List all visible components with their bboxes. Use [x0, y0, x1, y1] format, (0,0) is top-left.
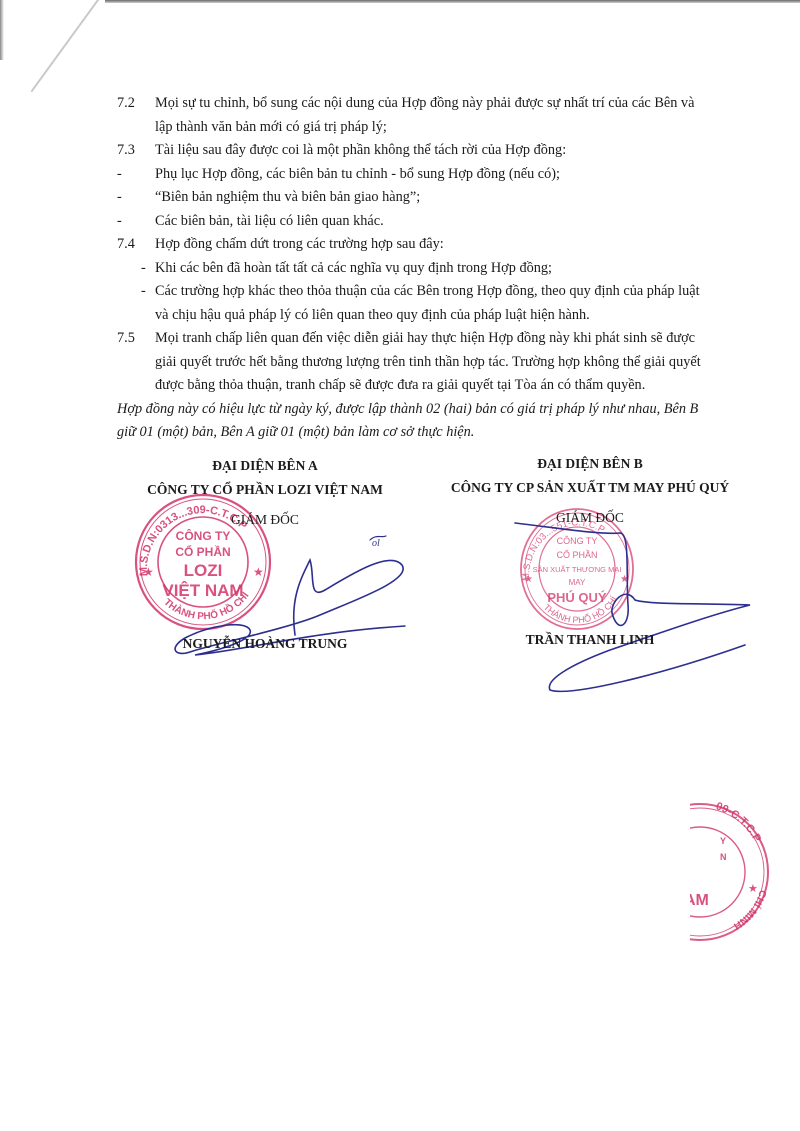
- clause-7-3-item: - Phụ lục Hợp đồng, các biên bản tu chỉn…: [117, 163, 717, 187]
- clause-text: Tài liệu sau đây được coi là một phần kh…: [155, 142, 566, 158]
- scan-edge: [105, 0, 800, 3]
- clause-7-5: 7.5 Mọi tranh chấp liên quan đến việc di…: [117, 327, 717, 351]
- party-b-heading: ĐẠI DIỆN BÊN B: [420, 456, 760, 472]
- clause-7-2: 7.2 Mọi sự tu chỉnh, bổ sung các nội dun…: [117, 92, 717, 116]
- contract-body: 7.2 Mọi sự tu chỉnh, bổ sung các nội dun…: [117, 92, 717, 445]
- party-b-company: CÔNG TY CP SẢN XUẤT TM MAY PHÚ QUÝ: [420, 480, 760, 496]
- clause-number: 7.5: [117, 327, 135, 351]
- clause-7-5-continued: giải quyết trước hết bằng thương lượng t…: [117, 351, 717, 375]
- closing-statement: giữ 01 (một) bản, Bên A giữ 01 (một) bản…: [117, 421, 717, 445]
- clause-7-4: 7.4 Hợp đồng chấm dứt trong các trường h…: [117, 233, 717, 257]
- bullet-dash: -: [117, 163, 122, 187]
- party-a-signatory-name: NGUYỄN HOÀNG TRUNG: [120, 636, 410, 652]
- initials: ol: [372, 538, 380, 549]
- clause-7-3: 7.3 Tài liệu sau đây được coi là một phầ…: [117, 139, 717, 163]
- item-text: Phụ lục Hợp đồng, các biên bản tu chỉnh …: [155, 166, 560, 182]
- partial-seal: 09-C.T.C.P CHÍ MINH ★ Y N AM: [690, 800, 800, 945]
- closing-statement: Hợp đồng này có hiệu lực từ ngày ký, đượ…: [117, 398, 717, 422]
- clause-number: 7.3: [117, 139, 135, 163]
- party-a-company: CÔNG TY CỔ PHẦN LOZI VIỆT NAM: [120, 482, 410, 498]
- svg-text:AM: AM: [690, 892, 709, 909]
- clause-7-2-continued: lập thành văn bản mới có giá trị pháp lý…: [117, 116, 717, 140]
- party-b-title: GIÁM ĐỐC: [420, 510, 760, 526]
- scan-corner-shadow: [0, 0, 4, 60]
- svg-text:Y: Y: [720, 836, 726, 846]
- svg-text:N: N: [720, 852, 727, 862]
- clause-text: Mọi sự tu chỉnh, bổ sung các nội dung củ…: [155, 95, 694, 111]
- clause-7-4-item: - Các trường hợp khác theo thỏa thuận củ…: [117, 280, 717, 304]
- clause-text: giải quyết trước hết bằng thương lượng t…: [155, 354, 701, 370]
- page-fold: [31, 0, 106, 92]
- item-text: Các trường hợp khác theo thỏa thuận của …: [155, 283, 700, 299]
- star-icon: ★: [748, 883, 758, 895]
- item-text: và chịu hậu quả pháp lý có liên quan the…: [155, 307, 590, 323]
- clause-text: lập thành văn bản mới có giá trị pháp lý…: [155, 119, 387, 135]
- bullet-dash: -: [141, 280, 146, 304]
- party-a-title: GIÁM ĐỐC: [120, 512, 410, 528]
- clause-number: 7.2: [117, 92, 135, 116]
- clause-text: Mọi tranh chấp liên quan đến việc diễn g…: [155, 330, 695, 346]
- item-text: Khi các bên đã hoàn tất tất cả các nghĩa…: [155, 260, 552, 276]
- clause-7-3-item: - Các biên bản, tài liệu có liên quan kh…: [117, 210, 717, 234]
- item-text: Các biên bản, tài liệu có liên quan khác…: [155, 213, 384, 229]
- item-text: “Biên bản nghiệm thu và biên bản giao hà…: [155, 189, 420, 205]
- clause-7-4-item-continued: và chịu hậu quả pháp lý có liên quan the…: [117, 304, 717, 328]
- clause-7-5-continued: được bằng thỏa thuận, tranh chấp sẽ được…: [117, 374, 717, 398]
- clause-7-3-item: - “Biên bản nghiệm thu và biên bản giao …: [117, 186, 717, 210]
- party-a-heading: ĐẠI DIỆN BÊN A: [120, 458, 410, 474]
- party-b-signatory-name: TRẦN THANH LINH: [420, 632, 760, 648]
- bullet-dash: -: [141, 257, 146, 281]
- bullet-dash: -: [117, 186, 122, 210]
- clause-number: 7.4: [117, 233, 135, 257]
- bullet-dash: -: [117, 210, 122, 234]
- signature-b: [510, 505, 760, 695]
- clause-text: được bằng thỏa thuận, tranh chấp sẽ được…: [155, 377, 645, 393]
- clause-7-4-item: - Khi các bên đã hoàn tất tất cả các ngh…: [117, 257, 717, 281]
- clause-text: Hợp đồng chấm dứt trong các trường hợp s…: [155, 236, 444, 252]
